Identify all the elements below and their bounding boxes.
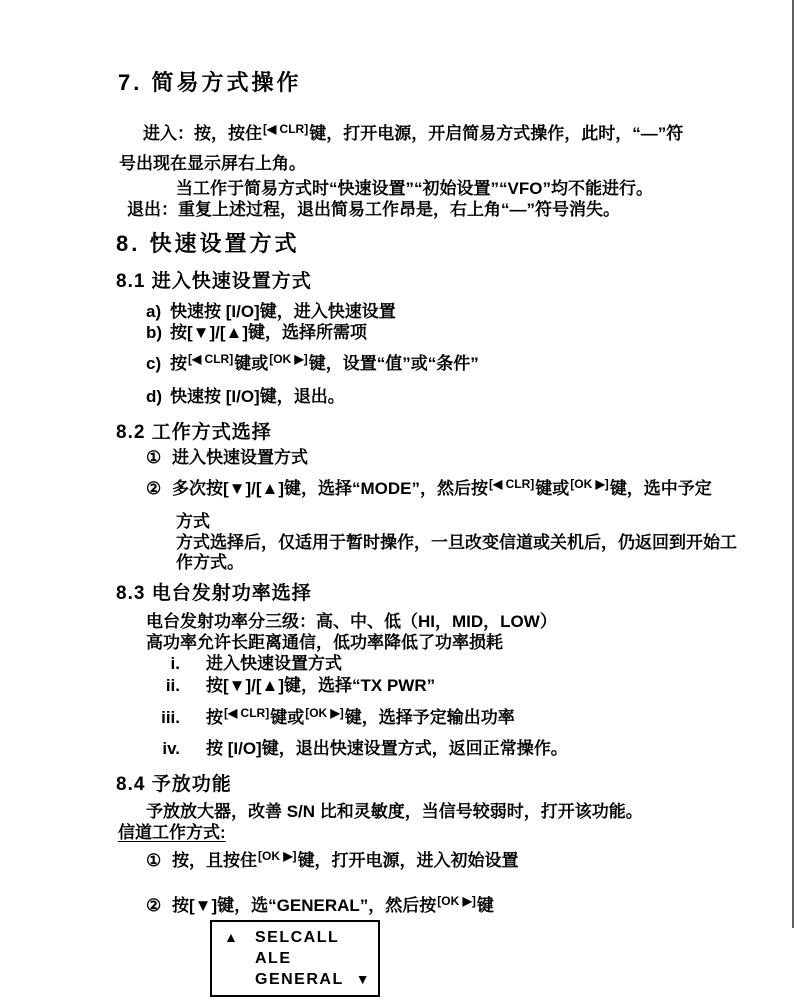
text-segment: 键或 <box>270 708 304 727</box>
text-segment: 按，且按住 <box>172 851 257 870</box>
text-segment: 键或 <box>535 479 569 498</box>
sec7-enter-line-2: 号出现在显示屏右上角。 <box>119 153 306 175</box>
circled-item-1: ① 进入快速设置方式 <box>146 447 308 469</box>
list-item-text: 按[▼]/[▲]键，选择所需项 <box>170 322 367 344</box>
circled-number: ① <box>146 447 172 469</box>
section-8-1-title: 8.1 进入快速设置方式 <box>116 266 312 293</box>
roman-item-i: i. 进入快速设置方式 <box>130 653 342 675</box>
list-item-text: 进入快速设置方式 <box>206 653 342 675</box>
text-segment: 键，设置“值”或“条件” <box>309 354 479 373</box>
list-item-text: 快速按 [I/O]键，退出。 <box>170 386 345 408</box>
section-8-title: 8. 快速设置方式 <box>116 227 299 258</box>
menu-item-selcall: SELCALL <box>255 927 339 948</box>
lcd-row-selcall: ▲ SELCALL <box>212 927 378 948</box>
clr-key-label: [◀ CLR] <box>223 702 270 724</box>
circled-item-1: ① 按，且按住[OK ▶]键，打开电源，进入初始设置 <box>146 850 519 873</box>
roman-item-iv: iv. 按 [I/O]键，退出快速设置方式，返回正常操作。 <box>130 738 568 760</box>
page: { "page": { "background": "#ffffff", "ed… <box>0 0 796 1000</box>
clr-key-label: [◀ CLR] <box>262 118 309 140</box>
circled-item-2: ② 按[▼]键，选“GENERAL”，然后按[OK ▶]键 <box>146 895 494 918</box>
text-segment: 键，选择予定输出功率 <box>345 708 515 727</box>
sec7-enter-post: 键，打开电源，开启简易方式操作，此时，“—”符 <box>309 124 683 143</box>
circled-number: ① <box>146 850 172 872</box>
list-item-text: 快速按 [I/O]键，进入快速设置 <box>170 301 396 323</box>
roman-numeral: iv. <box>130 738 180 760</box>
sec7-exit-line: 退出：重复上述过程，退出简易工作昂是，右上角“—”符号消失。 <box>127 199 620 221</box>
sec7-enter-pre: 进入：按，按住 <box>143 124 262 143</box>
text-segment: 按[▼]键，选“GENERAL”，然后按 <box>172 896 436 915</box>
roman-numeral: i. <box>130 653 180 675</box>
sec7-note-line: 当工作于简易方式时“快速设置”“初始设置”“VFO”均不能进行。 <box>176 178 653 200</box>
text-segment: 键，打开电源，进入初始设置 <box>298 851 519 870</box>
channel-mode-label: 信道工作方式: <box>118 822 226 844</box>
page-edge-line <box>792 0 794 928</box>
power-note-line: 高功率允许长距离通信，低功率降低了功率损耗 <box>146 632 503 654</box>
ok-key-label: [OK ▶] <box>304 702 345 724</box>
list-item-text: 按[▼]键，选“GENERAL”，然后按[OK ▶]键 <box>172 895 494 918</box>
text-segment: 按 <box>206 708 223 727</box>
text-segment: 键 <box>477 896 494 915</box>
ok-key-label: [OK ▶] <box>569 473 610 495</box>
list-item-text: 多次按[▼]/[▲]键，选择“MODE”，然后按[◀ CLR]键或[OK ▶]键… <box>172 478 712 501</box>
preamp-intro-line: 予放放大器，改善 S/N 比和灵敏度，当信号较弱时，打开该功能。 <box>146 801 643 823</box>
ok-key-label: [OK ▶] <box>257 845 298 867</box>
sec7-enter-line-1: 进入：按，按住[◀ CLR]键，打开电源，开启简易方式操作，此时，“—”符 <box>143 123 683 146</box>
circled-number: ② <box>146 478 172 500</box>
menu-item-ale: ALE <box>255 948 292 969</box>
up-arrow-icon: ▲ <box>224 927 238 948</box>
circled-number: ② <box>146 895 172 917</box>
list-item-c: c) 按[◀ CLR]键或[OK ▶]键，设置“值”或“条件” <box>146 353 479 376</box>
roman-item-ii: ii. 按[▼]/[▲]键，选择“TX PWR” <box>130 675 435 697</box>
list-item-b: b) 按[▼]/[▲]键，选择所需项 <box>146 322 367 344</box>
text-segment: 键，选中予定 <box>610 479 712 498</box>
list-item-text: 按[◀ CLR]键或[OK ▶]键，选择予定输出功率 <box>206 707 515 730</box>
continuation-line: 作方式。 <box>176 552 244 574</box>
list-marker: c) <box>146 353 170 375</box>
lcd-row-ale: ALE <box>212 948 378 969</box>
list-marker: a) <box>146 301 170 323</box>
section-8-3-title: 8.3 电台发射功率选择 <box>116 578 312 605</box>
list-marker: d) <box>146 386 170 408</box>
power-levels-line: 电台发射功率分三级：高、中、低（HI，MID，LOW） <box>146 611 557 633</box>
continuation-line: 方式选择后，仅适用于暂时操作，一旦改变信道或关机后，仍返回到开始工 <box>176 532 737 554</box>
list-item-text: 按[▼]/[▲]键，选择“TX PWR” <box>206 675 435 697</box>
continuation-line: 方式 <box>176 511 210 533</box>
text-segment: 按 <box>170 354 187 373</box>
circled-item-2: ② 多次按[▼]/[▲]键，选择“MODE”，然后按[◀ CLR]键或[OK ▶… <box>146 478 712 501</box>
section-7-title: 7. 简易方式操作 <box>118 66 301 97</box>
list-item-text: 按，且按住[OK ▶]键，打开电源，进入初始设置 <box>172 850 519 873</box>
section-8-4-title: 8.4 予放功能 <box>116 769 232 796</box>
down-arrow-icon: ▼ <box>356 969 370 990</box>
list-item-text: 按[◀ CLR]键或[OK ▶]键，设置“值”或“条件” <box>170 353 479 376</box>
lcd-row-general: GENERAL ▼ <box>212 969 378 990</box>
list-item-text: 进入快速设置方式 <box>172 447 308 469</box>
ok-key-label: [OK ▶] <box>436 890 477 912</box>
text-segment: 键或 <box>234 354 268 373</box>
list-item-d: d) 快速按 [I/O]键，退出。 <box>146 386 345 408</box>
list-item-text: 按 [I/O]键，退出快速设置方式，返回正常操作。 <box>206 738 568 760</box>
list-marker: b) <box>146 322 170 344</box>
section-8-2-title: 8.2 工作方式选择 <box>116 417 272 444</box>
roman-numeral: iii. <box>130 707 180 729</box>
ok-key-label: [OK ▶] <box>268 348 309 370</box>
menu-item-general: GENERAL <box>255 969 344 990</box>
clr-key-label: [◀ CLR] <box>187 348 234 370</box>
text-segment: 多次按[▼]/[▲]键，选择“MODE”，然后按 <box>172 479 488 498</box>
roman-item-iii: iii. 按[◀ CLR]键或[OK ▶]键，选择予定输出功率 <box>130 707 515 730</box>
list-item-a: a) 快速按 [I/O]键，进入快速设置 <box>146 301 396 323</box>
roman-numeral: ii. <box>130 675 180 697</box>
lcd-menu-box: ▲ SELCALL ALE GENERAL ▼ <box>210 920 380 997</box>
clr-key-label: [◀ CLR] <box>488 473 535 495</box>
